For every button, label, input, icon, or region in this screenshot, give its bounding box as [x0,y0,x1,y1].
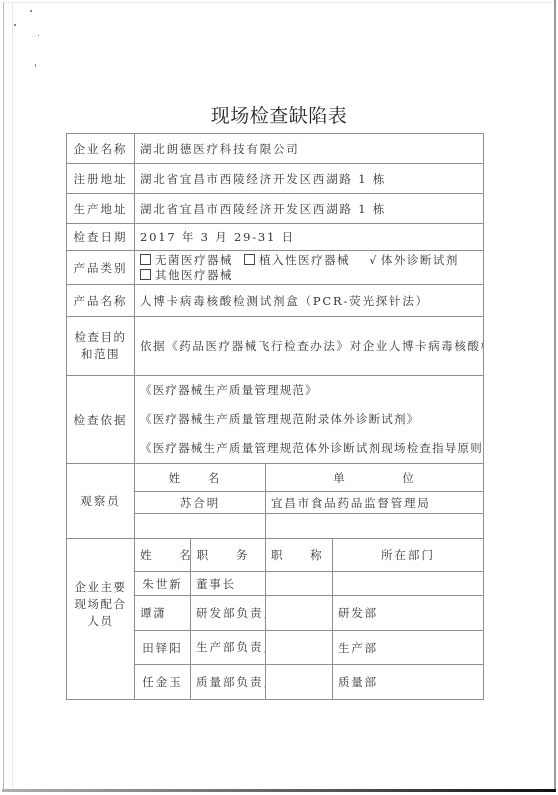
observer-unit-header: 单 位 [266,464,484,492]
checkbox-unchecked-icon[interactable] [140,254,151,265]
category-option-other[interactable]: 其他医疗器械 [140,268,233,282]
scan-speck [30,10,32,12]
page-edge-top [3,2,555,3]
company-name-value: 湖北朗德医疗科技有限公司 [135,134,484,164]
staff-header-row: 企业主要现场配合人员 姓 名 职 务 职 称 所在部门 [67,539,484,572]
production-address-label: 生产地址 [67,194,135,224]
staff-label: 企业主要现场配合人员 [67,539,135,700]
category-option-implant[interactable]: 植入性医疗器械 [244,253,355,267]
checkmark-icon[interactable]: √ [369,254,378,267]
scan-speck [14,24,16,26]
row-purpose-scope: 检查目的和范围 依据《药品医疗器械飞行检查办法》对企业人博卡病毒核酸检测试剂盒（… [67,317,484,376]
staff-duty: 生产部负责人 [191,631,266,665]
staff-department [333,572,484,596]
staff-name-header: 姓 名 [135,539,191,572]
company-name-label: 企业名称 [67,134,135,164]
observer-name: 苏合明 [135,492,266,514]
category-option-sterile[interactable]: 无菌医疗器械 [140,253,238,267]
row-inspection-date: 检查日期 2017 年 3 月 29-31 日 [67,224,484,251]
row-product-name: 产品类别 产品名称 人博卡病毒核酸检测试剂盒（PCR-荧光探针法） [67,285,484,317]
observer-name-header: 姓 名 [135,464,266,492]
basis-item: 《医疗器械生产质量管理规范附录体外诊断试剂》 [140,405,478,434]
observers-label: 观察员 [67,464,135,539]
inspection-form-table: 企业名称 湖北朗德医疗科技有限公司 注册地址 湖北省宜昌市西陵经济开发区西湖路 … [66,133,484,700]
staff-title [266,665,333,700]
observer-header-row: 观察员 姓 名 单 位 [67,464,484,492]
observer-unit [266,514,484,539]
scan-speck [38,35,39,36]
production-address-value: 湖北省宜昌市西陵经济开发区西湖路 1 栋 [135,194,484,224]
staff-department: 研发部 [333,596,484,631]
staff-department-header: 所在部门 [333,539,484,572]
staff-name: 谭潇 [135,596,191,631]
basis-item: 《医疗器械生产质量管理规范体外诊断试剂现场检查指导原则》 [140,434,478,463]
purpose-scope-value: 依据《药品医疗器械飞行检查办法》对企业人博卡病毒核酸检测试剂盒（PCR-荧光探针… [135,317,484,376]
staff-title-header: 职 称 [266,539,333,572]
purpose-scope-label: 检查目的和范围 [67,317,135,376]
staff-department: 质量部 [333,665,484,700]
staff-title [266,631,333,665]
product-category-options: 无菌医疗器械 植入性医疗器械 √体外诊断试剂 其他医疗器械 [135,251,484,285]
category-option-ivd[interactable]: √体外诊断试剂 [369,253,459,267]
product-category-label: 产品类别 [67,251,135,285]
row-product-category: 产品类别 无菌医疗器械 植入性医疗器械 √体外诊断试剂 其他医疗器械 [67,251,484,285]
page-title: 现场检查缺陷表 [0,101,558,128]
checkbox-unchecked-icon[interactable] [244,254,255,265]
scan-speck [35,64,36,67]
staff-name: 任金玉 [135,665,191,700]
inspection-date-label: 检查日期 [67,224,135,251]
registered-address-value: 湖北省宜昌市西陵经济开发区西湖路 1 栋 [135,164,484,194]
product-name-label: 产品名称 [67,285,135,317]
staff-title [266,572,333,596]
staff-title [266,596,333,631]
product-name-value: 人博卡病毒核酸检测试剂盒（PCR-荧光探针法） [135,285,484,317]
inspection-date-value: 2017 年 3 月 29-31 日 [135,224,484,251]
row-production-address: 生产地址 湖北省宜昌市西陵经济开发区西湖路 1 栋 [67,194,484,224]
inspection-basis-list: 《医疗器械生产质量管理规范》 《医疗器械生产质量管理规范附录体外诊断试剂》 《医… [135,376,484,464]
page-edge-bottom [2,789,556,792]
row-inspection-basis: 检查依据 《医疗器械生产质量管理规范》 《医疗器械生产质量管理规范附录体外诊断试… [67,376,484,464]
observer-unit: 宜昌市食品药品监督管理局 [266,492,484,514]
basis-item: 《医疗器械生产质量管理规范》 [140,376,478,405]
staff-name: 田铎阳 [135,631,191,665]
checkbox-unchecked-icon[interactable] [140,269,151,280]
staff-duty: 质量部负责人 [191,665,266,700]
observer-name [135,514,266,539]
staff-duty-header: 职 务 [191,539,266,572]
staff-department: 生产部 [333,631,484,665]
staff-duty: 研发部负责人 [191,596,266,631]
inspection-basis-label: 检查依据 [67,376,135,464]
staff-duty: 董事长 [191,572,266,596]
staff-name: 朱世新 [135,572,191,596]
row-company-name: 企业名称 湖北朗德医疗科技有限公司 [67,134,484,164]
registered-address-label: 注册地址 [67,164,135,194]
row-registered-address: 注册地址 湖北省宜昌市西陵经济开发区西湖路 1 栋 [67,164,484,194]
